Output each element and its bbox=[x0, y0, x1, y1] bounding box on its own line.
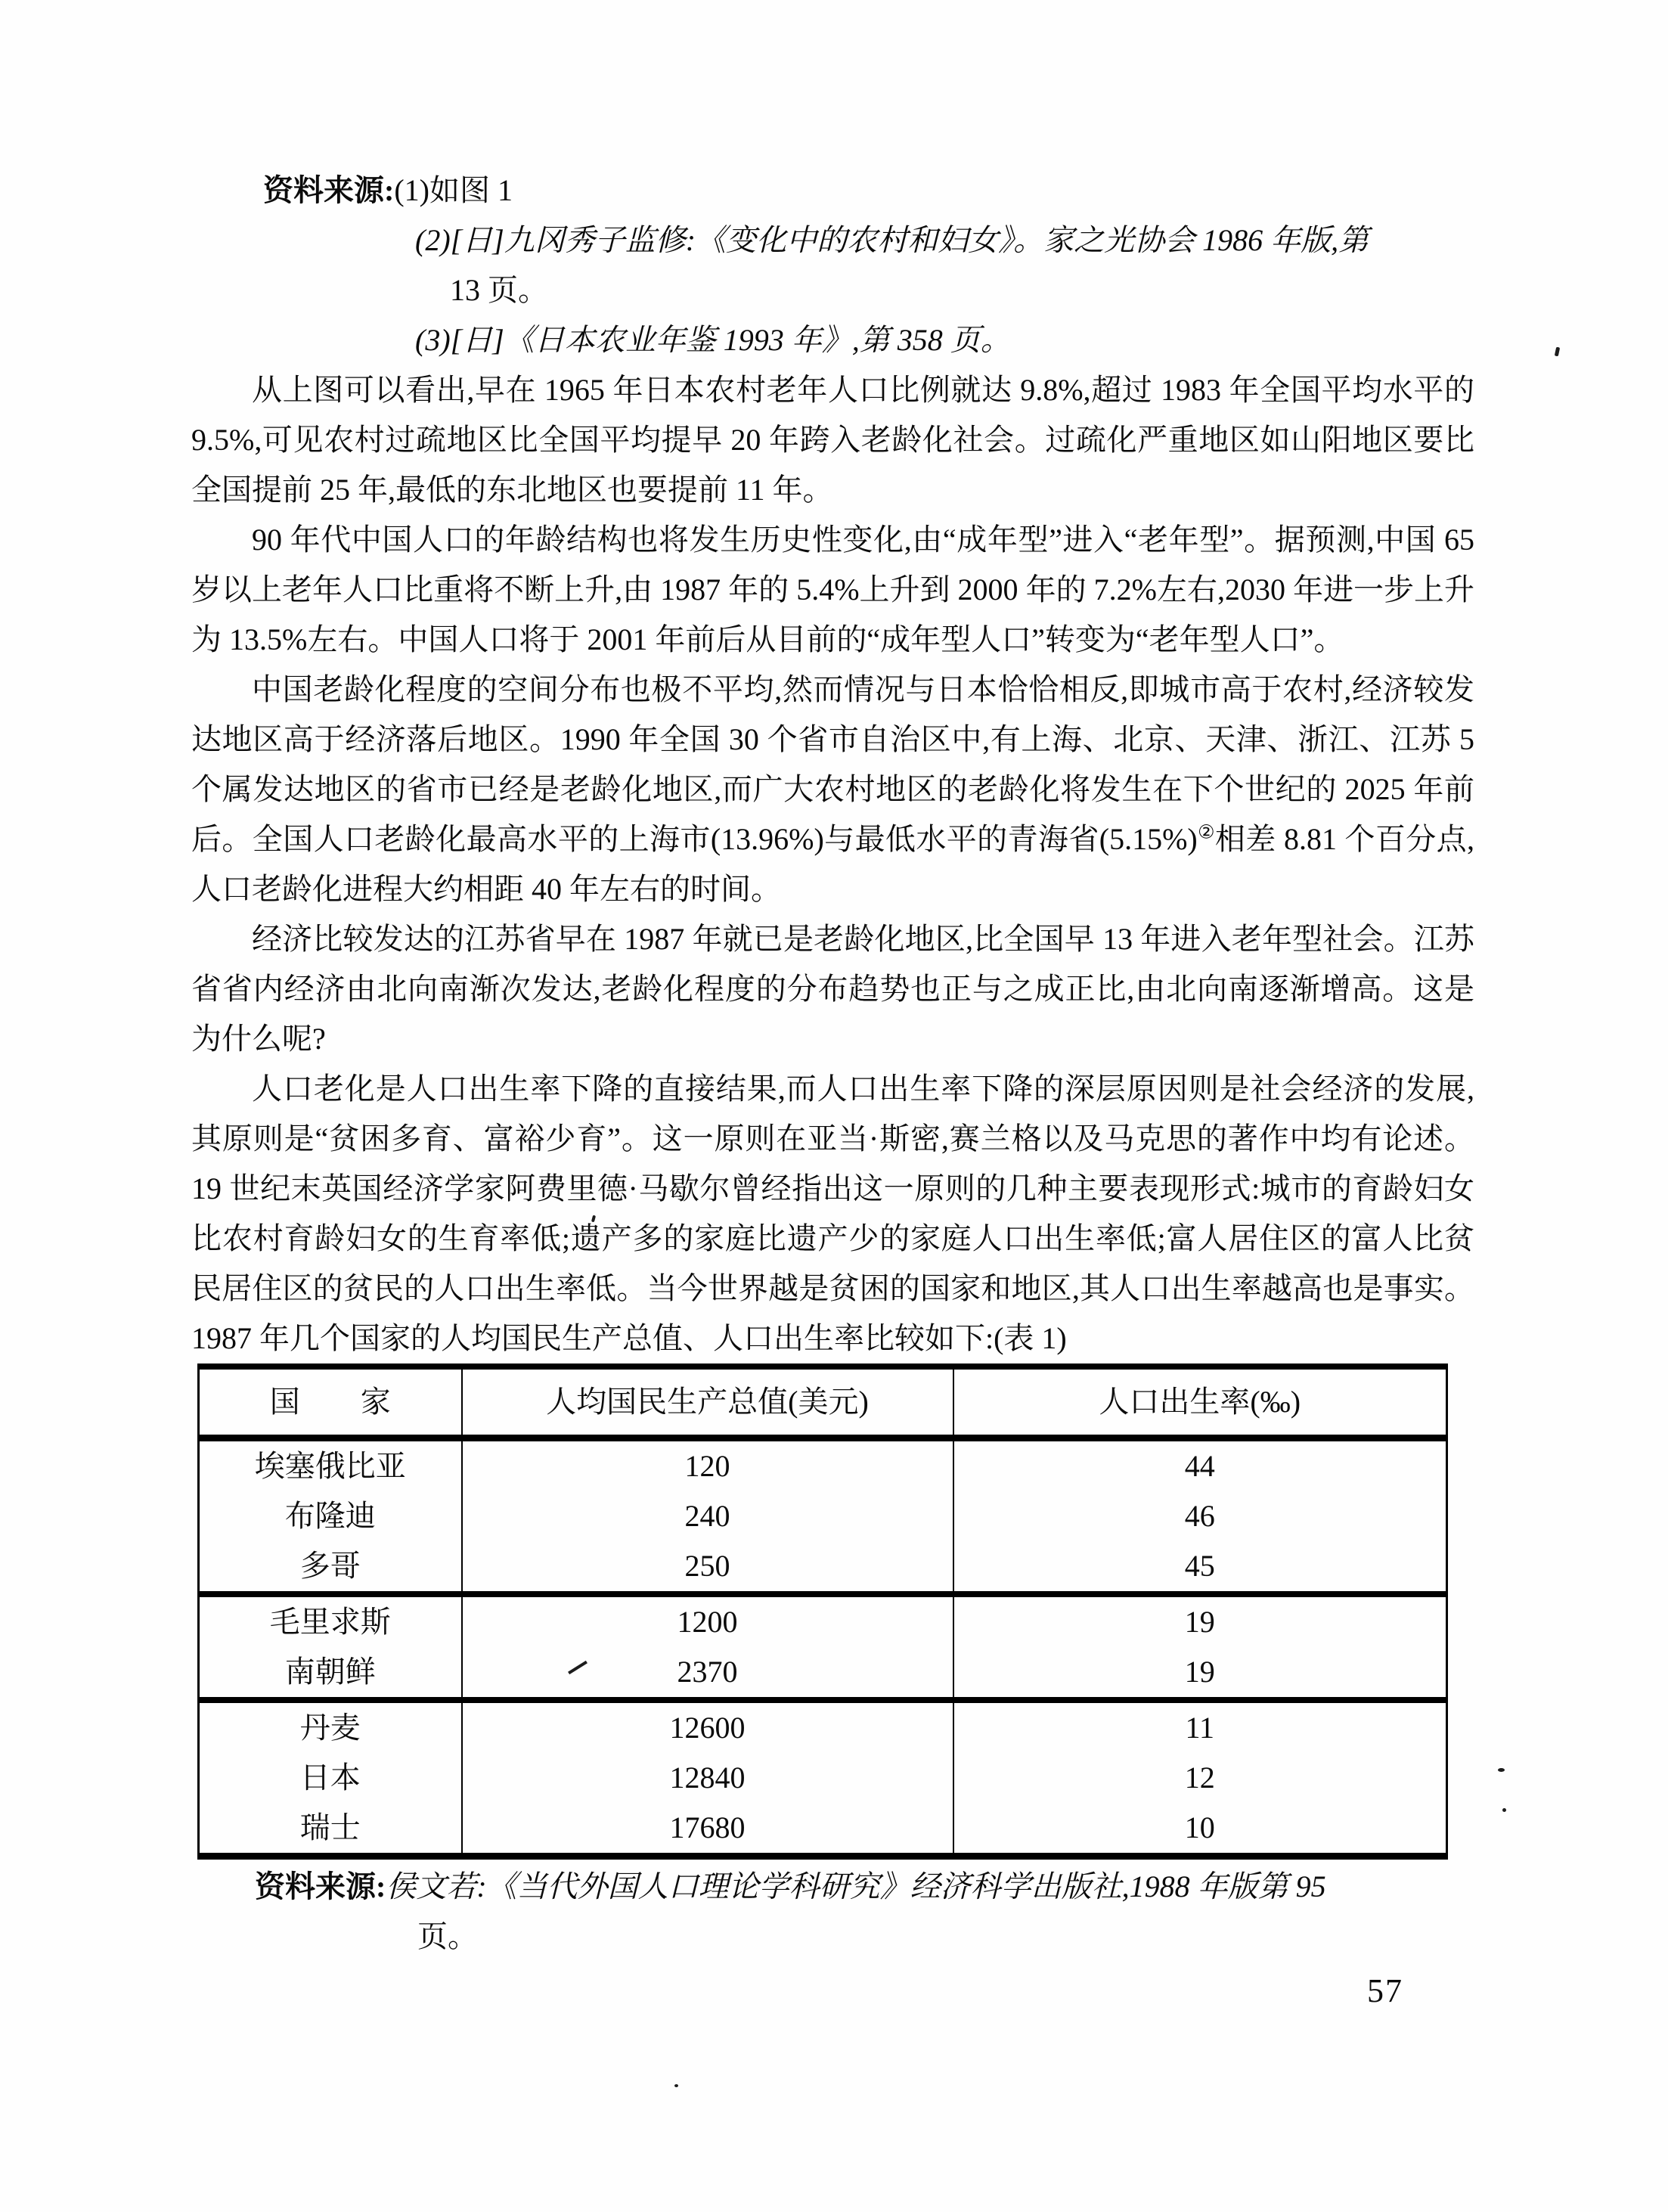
source-label: 资料来源: bbox=[263, 173, 394, 207]
cell-gnp: 250 bbox=[462, 1541, 953, 1594]
table-row: 瑞士 17680 10 bbox=[199, 1803, 1447, 1857]
scanned-document-page: 资料来源:(1)如图 1 (2)[日]九冈秀子监修:《变化中的农村和妇女》。家之… bbox=[0, 0, 1668, 2212]
table-row: 日本 12840 12 bbox=[199, 1753, 1447, 1803]
source-item-2-line-2: 13 页。 bbox=[450, 273, 548, 307]
source-bottom-line-1: 资料来源:侯文若:《当代外国人口理论学科研究》经济科学出版社,1988 年版第 … bbox=[255, 1862, 1474, 1912]
cell-country: 布隆迪 bbox=[199, 1491, 462, 1541]
source-bottom-citation: 侯文若:《当代外国人口理论学科研究》经济科学出版社,1988 年版第 95 bbox=[386, 1869, 1325, 1903]
col-header-country: 国 家 bbox=[199, 1367, 462, 1438]
col-header-gnp: 人均国民生产总值(美元) bbox=[462, 1367, 953, 1438]
scan-speck bbox=[1502, 1808, 1506, 1812]
col-header-birth-rate: 人口出生率(‰) bbox=[953, 1367, 1447, 1438]
cell-birth-rate: 19 bbox=[953, 1594, 1447, 1647]
cell-country: 多哥 bbox=[199, 1541, 462, 1594]
source-label: 资料来源: bbox=[255, 1869, 386, 1903]
paragraph-china-spatial-distribution: 中国老龄化程度的空间分布也极不平均,然而情况与日本恰恰相反,即城市高于农村,经济… bbox=[191, 665, 1474, 914]
paragraph-japan-rural-aging: 从上图可以看出,早在 1965 年日本农村老年人口比例就达 9.8%,超过 19… bbox=[191, 365, 1474, 515]
cell-birth-rate: 45 bbox=[953, 1541, 1447, 1594]
table-header-row: 国 家 人均国民生产总值(美元) 人口出生率(‰) bbox=[199, 1367, 1447, 1438]
source-line: (3)[日]《日本农业年鉴 1993 年》,第 358 页。 bbox=[415, 315, 1474, 365]
page-content: 资料来源:(1)如图 1 (2)[日]九冈秀子监修:《变化中的农村和妇女》。家之… bbox=[0, 0, 1668, 2016]
cell-birth-rate: 46 bbox=[953, 1491, 1447, 1541]
source-line: (2)[日]九冈秀子监修:《变化中的农村和妇女》。家之光协会 1986 年版,第 bbox=[415, 216, 1474, 265]
source-bottom-continuation: 页。 bbox=[417, 1919, 478, 1953]
table-row: 埃塞俄比亚 120 44 bbox=[199, 1438, 1447, 1492]
cell-country: 日本 bbox=[199, 1753, 462, 1803]
paragraph-birth-rate-theory: 人口老化是人口出生率下降的直接结果,而人口出生率下降的深层原因则是社会经济的发展… bbox=[191, 1064, 1474, 1363]
cell-birth-rate: 44 bbox=[953, 1438, 1447, 1492]
table-group-high-income: 丹麦 12600 11 日本 12840 12 瑞士 17680 10 bbox=[199, 1700, 1447, 1857]
scan-speck bbox=[1498, 1768, 1505, 1772]
cell-gnp: 12840 bbox=[462, 1753, 953, 1803]
table-gnp-birth-rate: 国 家 人均国民生产总值(美元) 人口出生率(‰) 埃塞俄比亚 120 44 布… bbox=[197, 1363, 1448, 1860]
cell-birth-rate: 11 bbox=[953, 1700, 1447, 1753]
paragraph-jiangsu: 经济比较发达的江苏省早在 1987 年就已是老龄化地区,比全国早 13 年进入老… bbox=[191, 914, 1474, 1064]
table-row: 丹麦 12600 11 bbox=[199, 1700, 1447, 1753]
cell-gnp: 2370 bbox=[462, 1647, 953, 1700]
source-item-2-line-1: (2)[日]九冈秀子监修:《变化中的农村和妇女》。家之光协会 1986 年版,第 bbox=[415, 223, 1369, 257]
cell-country: 毛里求斯 bbox=[199, 1594, 462, 1647]
cell-country: 埃塞俄比亚 bbox=[199, 1438, 462, 1492]
sources-top-block: 资料来源:(1)如图 1 (2)[日]九冈秀子监修:《变化中的农村和妇女》。家之… bbox=[191, 166, 1474, 365]
cell-birth-rate: 10 bbox=[953, 1803, 1447, 1857]
table-row: 布隆迪 240 46 bbox=[199, 1491, 1447, 1541]
cell-country: 瑞士 bbox=[199, 1803, 462, 1857]
table-row: 多哥 250 45 bbox=[199, 1541, 1447, 1594]
source-item-3: (3)[日]《日本农业年鉴 1993 年》,第 358 页。 bbox=[415, 323, 1011, 357]
page-number: 57 bbox=[1367, 1966, 1474, 2016]
cell-gnp: 1200 bbox=[462, 1594, 953, 1647]
source-bottom-line-2: 页。 bbox=[417, 1912, 1474, 1962]
cell-country: 南朝鲜 bbox=[199, 1647, 462, 1700]
source-line: 资料来源:(1)如图 1 bbox=[263, 166, 1474, 216]
paragraph-china-age-structure: 90 年代中国人口的年龄结构也将发生历史性变化,由“成年型”进入“老年型”。据预… bbox=[191, 515, 1474, 665]
source-item-1: (1)如图 1 bbox=[394, 173, 513, 207]
cell-gnp: 17680 bbox=[462, 1803, 953, 1857]
cell-country: 丹麦 bbox=[199, 1700, 462, 1753]
cell-gnp: 240 bbox=[462, 1491, 953, 1541]
cell-birth-rate: 19 bbox=[953, 1647, 1447, 1700]
table-group-middle-income: 毛里求斯 1200 19 南朝鲜 2370 19 bbox=[199, 1594, 1447, 1700]
source-line: 13 页。 bbox=[450, 265, 1474, 315]
table-row: 毛里求斯 1200 19 bbox=[199, 1594, 1447, 1647]
table-row: 南朝鲜 2370 19 bbox=[199, 1647, 1447, 1700]
cell-gnp: 12600 bbox=[462, 1700, 953, 1753]
cell-birth-rate: 12 bbox=[953, 1753, 1447, 1803]
table-group-low-income: 埃塞俄比亚 120 44 布隆迪 240 46 多哥 250 45 bbox=[199, 1438, 1447, 1595]
cell-gnp: 120 bbox=[462, 1438, 953, 1492]
scan-speck bbox=[674, 2084, 678, 2087]
